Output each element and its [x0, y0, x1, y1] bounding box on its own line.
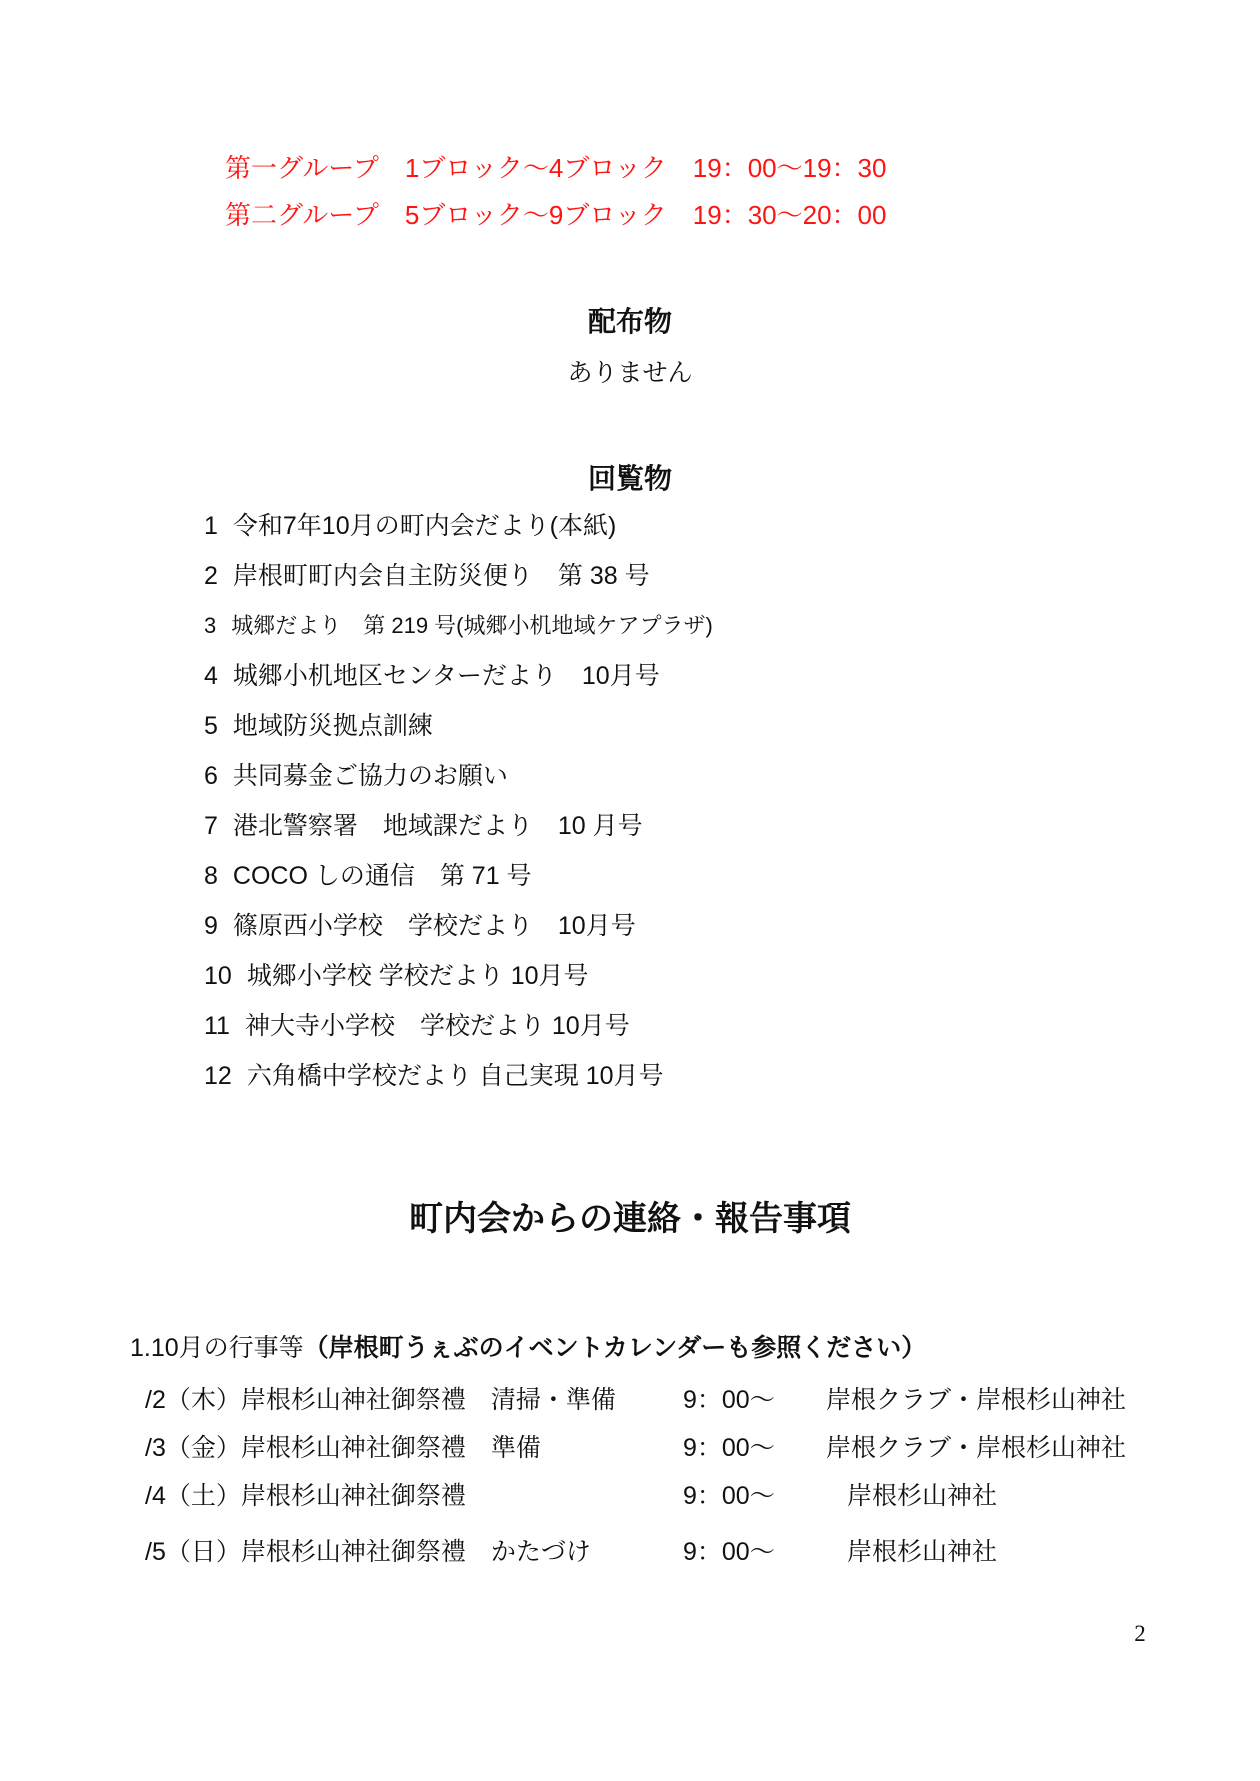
circular-item-number: 3: [204, 609, 216, 643]
event-date: /2（木）: [145, 1386, 241, 1414]
circular-item-number: 11: [204, 1009, 230, 1043]
circular-item-text: 城郷小机地区センターだより 10月号: [233, 662, 660, 690]
section1-prefix: 1.10月の行事等: [130, 1334, 304, 1362]
circular-item-number: 8: [204, 859, 218, 893]
circular-item-number: 12: [204, 1059, 232, 1093]
event-date: /4（土）: [145, 1482, 241, 1510]
circulars-heading: 回覧物: [0, 462, 1260, 496]
announcements-heading: 町内会からの連絡・報告事項: [0, 1199, 1260, 1239]
circular-item-number: 4: [204, 659, 218, 693]
circular-item-number: 1: [204, 509, 218, 543]
circular-item: 6共同募金ご協力のお願い: [204, 759, 1164, 809]
circular-item-text: 岸根町町内会自主防災便り 第 38 号: [233, 562, 650, 590]
event-row: /3（金）岸根杉山神社御祭禮 準備 9：00～ 岸根クラブ・岸根杉山神社: [145, 1432, 1205, 1464]
event-organizer: 岸根杉山神社: [847, 1536, 997, 1568]
event-organizer: 岸根クラブ・岸根杉山神社: [826, 1432, 1126, 1464]
circular-item: 10城郷小学校 学校だより 10月号: [204, 959, 1164, 1009]
event-time: 9：00～: [683, 1432, 775, 1464]
circular-item: 4城郷小机地区センターだより 10月号: [204, 659, 1164, 709]
event-row: /4（土）岸根杉山神社御祭禮 9：00～ 岸根杉山神社: [145, 1480, 1205, 1512]
circular-item-text: 城郷だより 第 219 号(城郷小机地域ケアプラザ): [231, 613, 713, 638]
event-title: 岸根杉山神社御祭禮 かたづけ: [241, 1538, 591, 1566]
event-time: 9：00～: [683, 1480, 775, 1512]
circulars-list: 1令和7年10月の町内会だより(本紙) 2岸根町町内会自主防災便り 第 38 号…: [204, 509, 1164, 1109]
event-date: /5（日）: [145, 1538, 241, 1566]
event-title: 岸根杉山神社御祭禮: [241, 1482, 466, 1510]
circular-item-text: 城郷小学校 学校だより 10月号: [247, 962, 589, 990]
circular-item-text: 共同募金ご協力のお願い: [233, 762, 508, 790]
circular-item: 1令和7年10月の町内会だより(本紙): [204, 509, 1164, 559]
circular-item-text: 篠原西小学校 学校だより 10月号: [233, 912, 636, 940]
circular-item-text: 神大寺小学校 学校だより 10月号: [245, 1012, 630, 1040]
circular-item: 11神大寺小学校 学校だより 10月号: [204, 1009, 1164, 1059]
group-schedule-line-1: 第一グループ 1ブロック～4ブロック 19：00～19：30: [225, 150, 886, 186]
section1-bold-note: （岸根町うぇぶのイベントカレンダーも参照ください）: [304, 1334, 927, 1362]
circular-item: 7港北警察署 地域課だより 10 月号: [204, 809, 1164, 859]
circular-item-number: 9: [204, 909, 218, 943]
event-time: 9：00～: [683, 1536, 775, 1568]
circular-item: 2岸根町町内会自主防災便り 第 38 号: [204, 559, 1164, 609]
circular-item-text: 六角橋中学校だより 自己実現 10月号: [247, 1062, 664, 1090]
circular-item: 9篠原西小学校 学校だより 10月号: [204, 909, 1164, 959]
circular-item-text: 港北警察署 地域課だより 10 月号: [233, 812, 643, 840]
circular-item-text: 令和7年10月の町内会だより(本紙): [233, 512, 616, 540]
event-row: /5（日）岸根杉山神社御祭禮 かたづけ 9：00～ 岸根杉山神社: [145, 1536, 1205, 1568]
event-organizer: 岸根クラブ・岸根杉山神社: [826, 1384, 1126, 1416]
circular-item-text: 地域防災拠点訓練: [233, 712, 433, 740]
handouts-heading: 配布物: [0, 305, 1260, 339]
event-row: /2（木）岸根杉山神社御祭禮 清掃・準備 9：00～ 岸根クラブ・岸根杉山神社: [145, 1384, 1205, 1416]
circular-item: 5地域防災拠点訓練: [204, 709, 1164, 759]
group-schedule-line-2: 第二グループ 5ブロック～9ブロック 19：30～20：00: [225, 197, 886, 233]
circular-item-text: COCO しの通信 第 71 号: [233, 862, 532, 890]
circular-item-number: 7: [204, 809, 218, 843]
handouts-body: ありません: [0, 358, 1260, 388]
event-organizer: 岸根杉山神社: [847, 1480, 997, 1512]
section1-header: 1.10月の行事等（岸根町うぇぶのイベントカレンダーも参照ください）: [130, 1333, 926, 1363]
page-number: 2: [1120, 1620, 1160, 1648]
circular-item: 8COCO しの通信 第 71 号: [204, 859, 1164, 909]
circular-item: 12六角橋中学校だより 自己実現 10月号: [204, 1059, 1164, 1109]
event-title: 岸根杉山神社御祭禮 清掃・準備: [241, 1386, 616, 1414]
event-time: 9：00～: [683, 1384, 775, 1416]
circular-item-number: 10: [204, 959, 232, 993]
circular-item: 3城郷だより 第 219 号(城郷小机地域ケアプラザ): [204, 609, 1164, 659]
circular-item-number: 2: [204, 559, 218, 593]
circular-item-number: 6: [204, 759, 218, 793]
event-date: /3（金）: [145, 1434, 241, 1462]
circular-item-number: 5: [204, 709, 218, 743]
event-title: 岸根杉山神社御祭禮 準備: [241, 1434, 541, 1462]
